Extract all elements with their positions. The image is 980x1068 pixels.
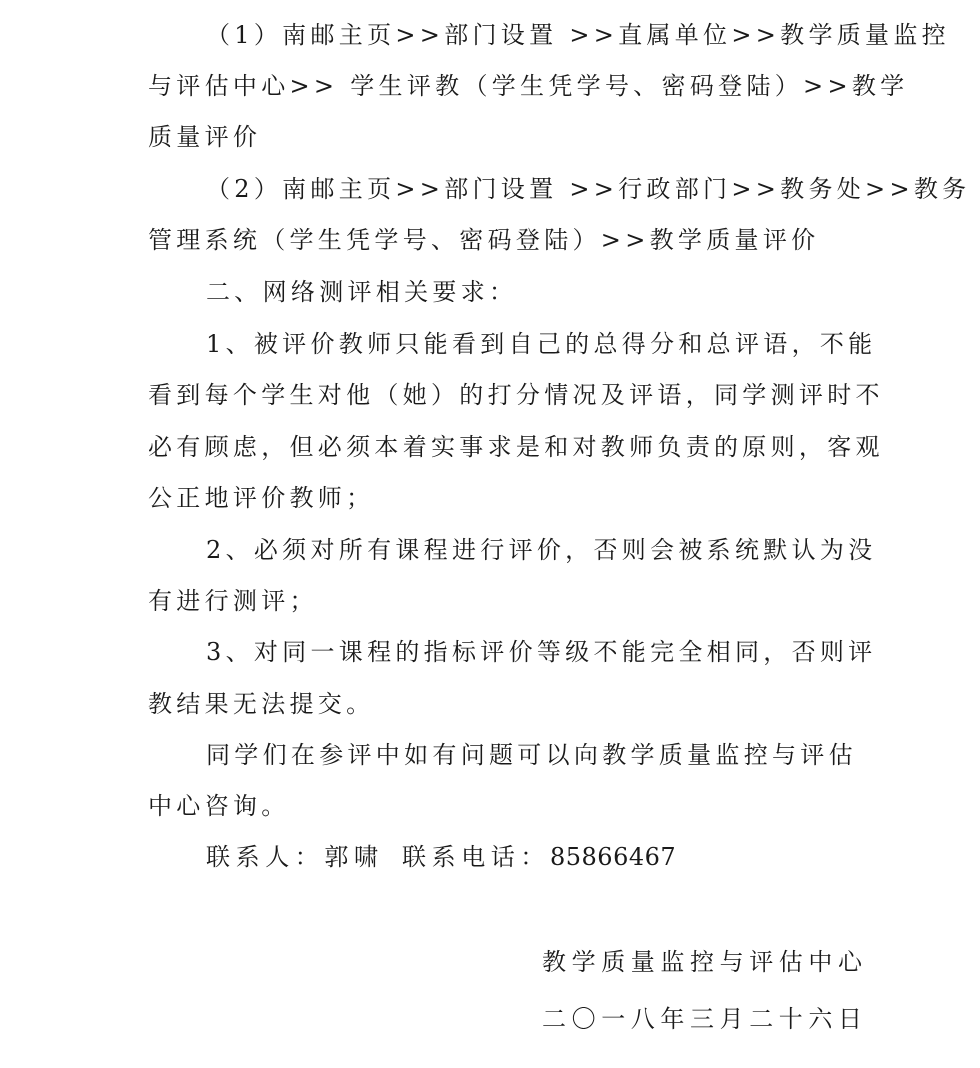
- route-1-line-1: （1）南邮主页>>部门设置 >>直属单位>>教学质量监控: [206, 18, 832, 52]
- requirement-2-line-1: 2、必须对所有课程进行评价，否则会被系统默认为没: [206, 533, 832, 567]
- contact-phone-number: 85866467: [550, 843, 676, 871]
- requirement-1-line-2: 看到每个学生对他（她）的打分情况及评语，同学测评时不: [148, 378, 832, 412]
- contact-person-name: 郭啸: [324, 843, 383, 871]
- route-2-line-1: （2）南邮主页>>部门设置 >>行政部门>>教务处>>教务: [206, 172, 832, 206]
- contact-person-label: 联系人：: [206, 843, 324, 871]
- contact-phone-label: 联系电话：: [402, 843, 550, 871]
- contact-line: 联系人：郭啸: [206, 840, 384, 874]
- signature-date: 二〇一八年三月二十六日: [542, 1002, 868, 1036]
- requirement-2-line-2: 有进行测评；: [148, 584, 832, 618]
- requirement-1-line-3: 必有顾虑，但必须本着实事求是和对教师负责的原则，客观: [148, 430, 832, 464]
- requirement-1-line-1: 1、被评价教师只能看到自己的总得分和总评语，不能: [206, 327, 832, 361]
- requirement-3-line-2: 教结果无法提交。: [148, 687, 832, 721]
- requirement-1-line-4: 公正地评价教师；: [148, 481, 832, 515]
- contact-phone-line: 联系电话：85866467: [402, 840, 676, 874]
- signature-organization: 教学质量监控与评估中心: [542, 945, 868, 979]
- route-2-line-2: 管理系统（学生凭学号、密码登陆）>>教学质量评价: [148, 223, 832, 257]
- consultation-line-1: 同学们在参评中如有问题可以向教学质量监控与评估: [206, 738, 832, 772]
- section-heading: 二、网络测评相关要求：: [206, 275, 832, 309]
- consultation-line-2: 中心咨询。: [148, 789, 832, 823]
- route-1-line-2: 与评估中心>> 学生评教（学生凭学号、密码登陆）>>教学: [148, 69, 832, 103]
- requirement-3-line-1: 3、对同一课程的指标评价等级不能完全相同，否则评: [206, 635, 832, 669]
- route-1-line-3: 质量评价: [148, 120, 832, 154]
